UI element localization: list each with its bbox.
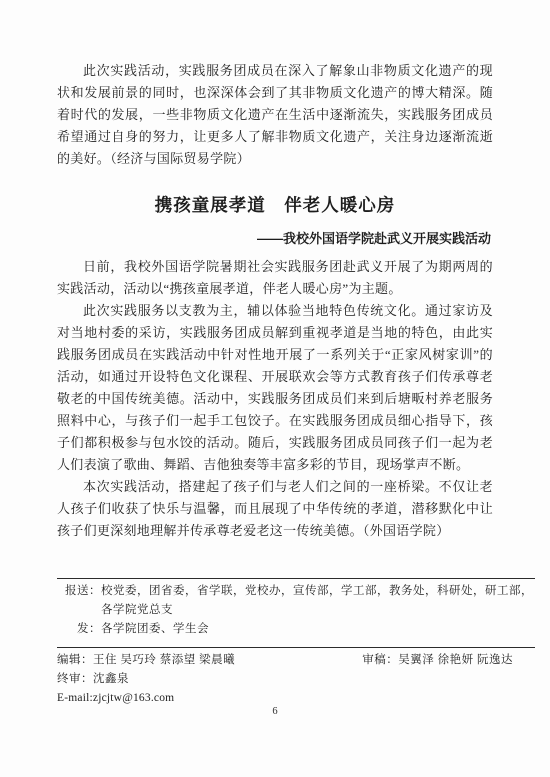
report-to-row: 报送： 校党委，团省委，省学联，党校办，宣传部，学工部，教务处，科研处，研工部，… — [57, 582, 535, 620]
article-title: 携孩童展孝道 伴老人暖心房 — [57, 192, 493, 217]
editors-label: 编辑： — [57, 654, 93, 666]
article-subtitle: ——我校外国语学院赴武义开展实践活动 — [57, 228, 491, 247]
article-paragraph: 日前，我校外国语学院暑期社会实践服务团赴武义开展了为期两周的实践活动，活动以“携… — [57, 256, 493, 300]
final-reviewer-name: 沈鑫泉 — [93, 673, 129, 685]
report-to-list: 校党委，团省委，省学联，党校办，宣传部，学工部，教务处，科研处，研工部，各学院党… — [101, 582, 535, 620]
article-paragraph: 本次实践活动，搭建起了孩子们与老人们之间的一座桥梁。不仅让老人孩子们收获了快乐与… — [57, 476, 493, 542]
page-number: 6 — [0, 706, 550, 717]
email-label: E-mail: — [57, 692, 93, 704]
send-to-list: 各学院团委、学生会 — [101, 620, 535, 639]
article-paragraph: 此次实践服务以支教为主，辅以体验当地特色传统文化。通过家访及对当地村委的采访，实… — [57, 300, 493, 476]
editors-item: 编辑：王住 吴巧玲 蔡添望 梁晨曦 — [57, 651, 235, 670]
final-review-label: 终审： — [57, 673, 93, 685]
report-to-label: 报送： — [57, 582, 101, 601]
editors-names: 王住 吴巧玲 蔡添望 梁晨曦 — [93, 654, 235, 666]
footer-middle-rule — [57, 647, 535, 648]
email-address: zjcjtw@163.com — [93, 692, 174, 704]
send-to-label: 发： — [57, 620, 101, 639]
reviewers-item: 审稿：吴翼泽 徐艳妍 阮逸达 — [362, 651, 513, 670]
page-content: 此次实践活动，实践服务团成员在深入了解象山非物质文化遗产的现状和发展前景的同时，… — [57, 60, 493, 542]
credits-row: 编辑：王住 吴巧玲 蔡添望 梁晨曦 审稿：吴翼泽 徐艳妍 阮逸达 — [57, 651, 535, 670]
footer-distribution-block: 报送： 校党委，团省委，省学联，党校办，宣传部，学工部，教务处，科研处，研工部，… — [57, 578, 535, 708]
final-review-row: 终审：沈鑫泉 — [57, 670, 535, 689]
article-body: 日前，我校外国语学院暑期社会实践服务团赴武义开展了为期两周的实践活动，活动以“携… — [57, 256, 493, 542]
reviewers-label: 审稿： — [362, 654, 398, 666]
reviewers-names: 吴翼泽 徐艳妍 阮逸达 — [398, 654, 513, 666]
send-to-row: 发： 各学院团委、学生会 — [57, 620, 535, 644]
newsletter-page: 此次实践活动，实践服务团成员在深入了解象山非物质文化遗产的现状和发展前景的同时，… — [0, 0, 550, 777]
previous-article-closing-paragraph: 此次实践活动，实践服务团成员在深入了解象山非物质文化遗产的现状和发展前景的同时，… — [57, 60, 493, 170]
